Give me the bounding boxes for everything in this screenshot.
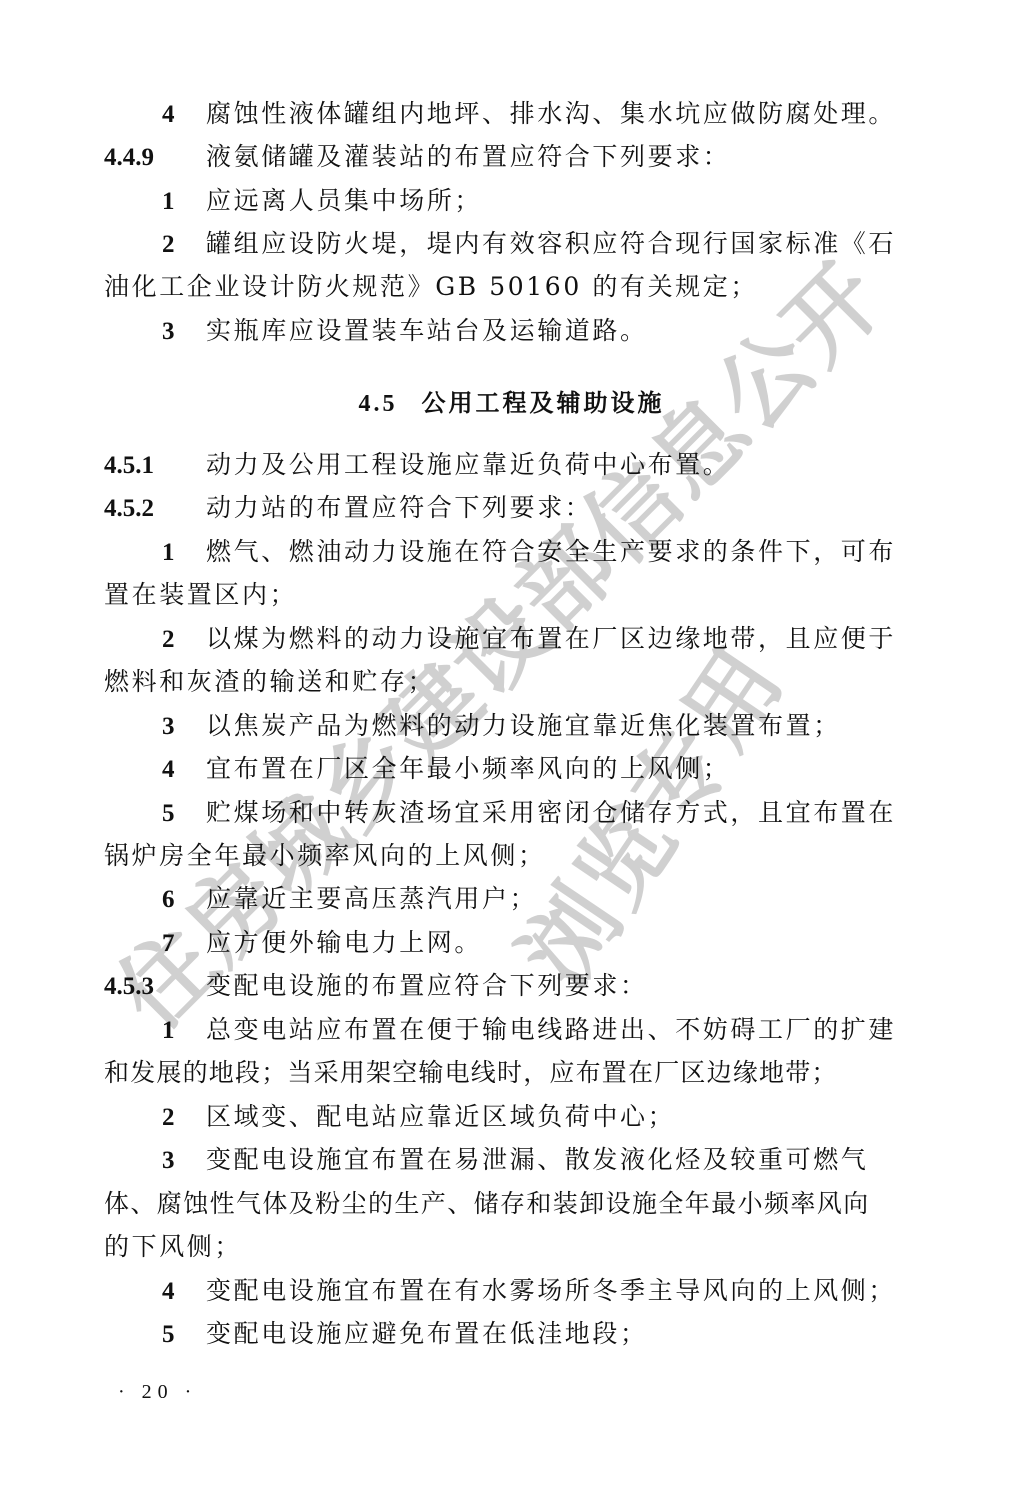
clause-line: 4.5.1动力及公用工程设施应靠近负荷中心布置。 xyxy=(104,450,919,481)
item-number: 5 xyxy=(162,799,206,829)
item-line: 6应靠近主要高压蒸汽用户； xyxy=(162,884,977,915)
item-number: 6 xyxy=(162,885,206,915)
item-line: 7应方便外输电力上网。 xyxy=(162,928,977,959)
item-number: 1 xyxy=(162,1016,206,1046)
item-text: 应靠近主要高压蒸汽用户； xyxy=(206,884,537,913)
continuation-line: 油化工企业设计防火规范》GB 50160 的有关规定； xyxy=(104,272,919,302)
clause-number: 4.4.9 xyxy=(104,143,206,173)
item-number: 2 xyxy=(162,230,206,260)
item-number: 4 xyxy=(162,1277,206,1307)
item-text: 区域变、配电站应靠近区域负荷中心； xyxy=(206,1102,675,1131)
clause-text: 动力及公用工程设施应靠近负荷中心布置。 xyxy=(206,450,730,479)
item-number: 2 xyxy=(162,625,206,655)
section-heading: 4.5公用工程及辅助设施 xyxy=(0,383,1023,418)
item-text: 腐蚀性液体罐组内地坪、排水沟、集水坑应做防腐处理。 xyxy=(206,99,896,128)
item-text: 变配电设施应避免布置在低洼地段； xyxy=(206,1319,648,1348)
clause-number: 4.5.3 xyxy=(104,972,206,1002)
item-line: 5变配电设施应避免布置在低洼地段； xyxy=(162,1319,977,1350)
item-line: 2罐组应设防火堤，堤内有效容积应符合现行国家标准《石 xyxy=(162,229,977,260)
item-line: 2以煤为燃料的动力设施宜布置在厂区边缘地带，且应便于 xyxy=(162,624,977,655)
item-number: 4 xyxy=(162,755,206,785)
continuation-line: 的下风侧； xyxy=(104,1232,919,1262)
item-text: 应方便外输电力上网。 xyxy=(206,928,482,957)
item-number: 1 xyxy=(162,538,206,568)
clause-line: 4.4.9液氨储罐及灌装站的布置应符合下列要求： xyxy=(104,142,919,173)
clause-line: 4.5.2动力站的布置应符合下列要求： xyxy=(104,493,919,524)
item-text: 罐组应设防火堤，堤内有效容积应符合现行国家标准《石 xyxy=(206,229,896,258)
item-line: 1总变电站应布置在便于输电线路进出、不妨碍工厂的扩建 xyxy=(162,1015,977,1046)
clause-text: 液氨储罐及灌装站的布置应符合下列要求： xyxy=(206,142,730,171)
clause-text: 动力站的布置应符合下列要求： xyxy=(206,493,592,522)
item-text: 燃气、燃油动力设施在符合安全生产要求的条件下，可布 xyxy=(206,537,896,566)
continuation-line: 燃料和灰渣的输送和贮存； xyxy=(104,667,919,697)
clause-number: 4.5.1 xyxy=(104,451,206,481)
item-number: 1 xyxy=(162,187,206,217)
item-line: 5贮煤场和中转灰渣场宜采用密闭仓储存方式，且宜布置在 xyxy=(162,798,977,829)
item-line: 4变配电设施宜布置在有水雾场所冬季主导风向的上风侧； xyxy=(162,1276,977,1307)
clause-number: 4.5.2 xyxy=(104,494,206,524)
item-text: 变配电设施宜布置在易泄漏、散发液化烃及较重可燃气 xyxy=(206,1145,868,1174)
section-number: 4.5 xyxy=(359,391,398,417)
item-text: 以煤为燃料的动力设施宜布置在厂区边缘地带，且应便于 xyxy=(206,624,896,653)
item-number: 3 xyxy=(162,1146,206,1176)
item-line: 3变配电设施宜布置在易泄漏、散发液化烃及较重可燃气 xyxy=(162,1145,977,1176)
item-text: 总变电站应布置在便于输电线路进出、不妨碍工厂的扩建 xyxy=(206,1015,896,1044)
item-line: 3实瓶库应设置装车站台及运输道路。 xyxy=(162,316,977,347)
item-text: 应远离人员集中场所； xyxy=(206,186,482,215)
item-line: 2区域变、配电站应靠近区域负荷中心； xyxy=(162,1102,977,1133)
item-line: 4腐蚀性液体罐组内地坪、排水沟、集水坑应做防腐处理。 xyxy=(162,99,977,130)
item-number: 2 xyxy=(162,1103,206,1133)
item-line: 4宜布置在厂区全年最小频率风向的上风侧； xyxy=(162,754,977,785)
item-line: 1应远离人员集中场所； xyxy=(162,186,977,217)
page-number: · 20 · xyxy=(118,1381,197,1404)
clause-text: 变配电设施的布置应符合下列要求： xyxy=(206,971,648,1000)
item-number: 3 xyxy=(162,317,206,347)
item-line: 1燃气、燃油动力设施在符合安全生产要求的条件下，可布 xyxy=(162,537,977,568)
item-line: 3以焦炭产品为燃料的动力设施宜靠近焦化装置布置； xyxy=(162,711,977,742)
item-number: 5 xyxy=(162,1320,206,1350)
item-text: 实瓶库应设置装车站台及运输道路。 xyxy=(206,316,648,345)
item-text: 宜布置在厂区全年最小频率风向的上风侧； xyxy=(206,754,730,783)
section-title: 公用工程及辅助设施 xyxy=(422,389,665,417)
item-number: 3 xyxy=(162,712,206,742)
item-text: 以焦炭产品为燃料的动力设施宜靠近焦化装置布置； xyxy=(206,711,841,740)
item-number: 7 xyxy=(162,929,206,959)
item-number: 4 xyxy=(162,100,206,130)
item-text: 变配电设施宜布置在有水雾场所冬季主导风向的上风侧； xyxy=(206,1276,896,1305)
continuation-line: 置在装置区内； xyxy=(104,580,919,610)
item-text: 贮煤场和中转灰渣场宜采用密闭仓储存方式，且宜布置在 xyxy=(206,798,896,827)
continuation-line: 体、腐蚀性气体及粉尘的生产、储存和装卸设施全年最小频率风向 xyxy=(104,1189,919,1219)
continuation-line: 锅炉房全年最小频率风向的上风侧； xyxy=(104,841,919,871)
continuation-line: 和发展的地段；当采用架空输电线时，应布置在厂区边缘地带； xyxy=(104,1058,919,1088)
clause-line: 4.5.3变配电设施的布置应符合下列要求： xyxy=(104,971,919,1002)
